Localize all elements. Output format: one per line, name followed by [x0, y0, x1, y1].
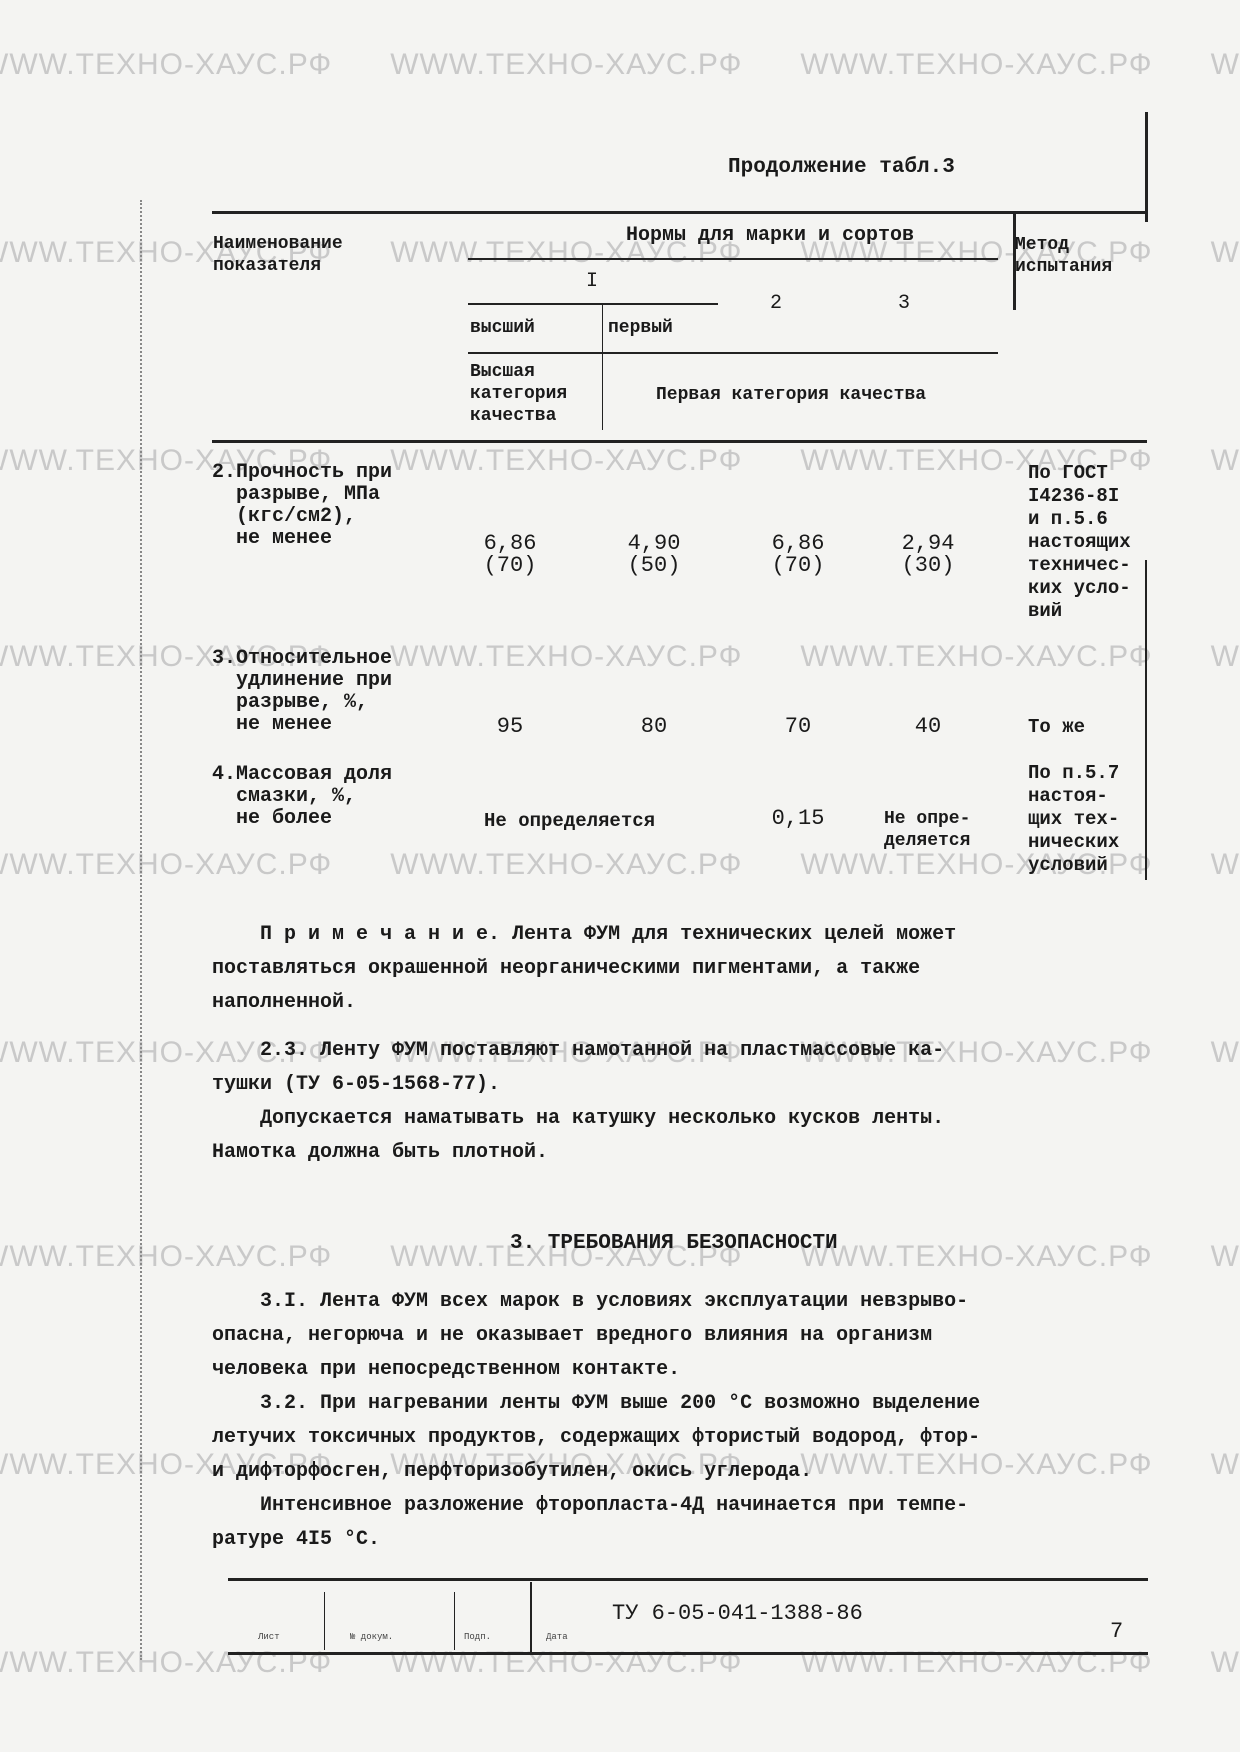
watermark-text: WWW.ТЕХНО-ХАУС.РФ [0, 848, 332, 882]
mark1-underline [468, 303, 718, 305]
page-right-edge-line [1145, 560, 1147, 880]
header-norms: Нормы для марки и сортов [626, 224, 914, 247]
header-category-high: Высшая категория качества [470, 361, 567, 427]
page-right-edge-mark [1145, 112, 1148, 222]
watermark-text: WWW.ТЕХНО-ХАУС.РФ [800, 48, 1152, 82]
watermark-row: WWW.ТЕХНО-ХАУС.РФWWW.ТЕХНО-ХАУС.РФWWW.ТЕ… [0, 48, 1240, 82]
row-2-value-1-high: 6,86 (70) [470, 533, 550, 577]
row-4-method: По п.5.7 настоя- щих тех- нических услов… [1028, 762, 1119, 877]
grade-divider [602, 305, 603, 430]
row-3-value-2: 70 [758, 716, 838, 738]
watermark-text: WWW.ТЕХНО-ХАУС.РФ [390, 848, 742, 882]
clause-2-3-continued: Допускается наматывать на катушку нескол… [212, 1102, 944, 1170]
header-grade-first: первый [608, 317, 673, 340]
watermark-text: WWW.ТЕХНО-ХАУС.РФ [390, 48, 742, 82]
clause-2-3: 2.3. Ленту ФУМ поставляют намотанной на … [212, 1034, 944, 1102]
row-4-value-2: 0,15 [758, 808, 838, 830]
left-binding-margin [140, 200, 144, 1660]
document-code: ТУ 6-05-041-1388-86 [612, 1602, 863, 1625]
watermark-text: WWW.ТЕХНО-ХАУС.РФ [1211, 848, 1240, 882]
clause-3-1: 3.I. Лента ФУМ всех марок в условиях экс… [212, 1285, 968, 1387]
row-2-value-2: 6,86 (70) [758, 533, 838, 577]
watermark-text: WWW.ТЕХНО-ХАУС.РФ [1211, 1448, 1240, 1482]
stamp-label-sheet: Лист [258, 1632, 280, 1642]
watermark-text: WWW.ТЕХНО-ХАУС.РФ [0, 48, 332, 82]
stamp-label-signature: Подп. [464, 1632, 491, 1642]
clause-3-2: 3.2. При нагревании ленты ФУМ выше 200 °… [212, 1387, 980, 1489]
watermark-text: WWW.ТЕХНО-ХАУС.РФ [390, 444, 742, 478]
page-number: 7 [1110, 1620, 1123, 1643]
header-method: Метод испытания [1015, 234, 1112, 278]
watermark-text: WWW.ТЕХНО-ХАУС.РФ [800, 640, 1152, 674]
footer-bottom-border [228, 1652, 1148, 1655]
stamp-divider-2 [454, 1592, 455, 1650]
row-2-value-1-first: 4,90 (50) [614, 533, 694, 577]
note-paragraph: П р и м е ч а н и е. Лента ФУМ для техни… [212, 918, 956, 1020]
table-header-bottom-border [212, 440, 1147, 443]
row-2-method: По ГОСТ I4236-8I и п.5.6 настоящих техни… [1028, 462, 1131, 623]
section-3-title: 3. ТРЕБОВАНИЯ БЕЗОПАСНОСТИ [510, 1232, 838, 1255]
row-4-indicator: 4.Массовая доля смазки, %, не более [212, 764, 392, 830]
watermark-text: WWW.ТЕХНО-ХАУС.РФ [1211, 444, 1240, 478]
header-category-first: Первая категория качества [656, 384, 926, 407]
grade-underline [468, 352, 998, 354]
header-grade-high: высший [470, 317, 535, 340]
stamp-divider-3 [530, 1582, 532, 1652]
norms-header-underline [468, 258, 998, 260]
clause-3-2-continued: Интенсивное разложение фторопласта-4Д на… [212, 1489, 968, 1557]
header-mark-1: I [586, 270, 598, 293]
row-3-value-3: 40 [888, 716, 968, 738]
stamp-label-doc-number: № докум. [350, 1632, 393, 1642]
watermark-text: WWW.ТЕХНО-ХАУС.РФ [800, 1240, 1152, 1274]
table-top-border [212, 211, 1147, 214]
row-3-value-1-first: 80 [614, 716, 694, 738]
watermark-text: WWW.ТЕХНО-ХАУС.РФ [1211, 48, 1240, 82]
row-3-value-1-high: 95 [470, 716, 550, 738]
watermark-text: WWW.ТЕХНО-ХАУС.РФ [1211, 1240, 1240, 1274]
stamp-divider-1 [324, 1592, 325, 1650]
row-2-value-3: 2,94 (30) [888, 533, 968, 577]
watermark-text: WWW.ТЕХНО-ХАУС.РФ [1211, 1646, 1240, 1680]
header-mark-3: 3 [898, 292, 910, 315]
header-mark-2: 2 [770, 292, 782, 315]
table-continuation-label: Продолжение табл.3 [728, 156, 955, 179]
row-4-value-3: Не опре- деляется [884, 808, 970, 852]
row-2-indicator: 2.Прочность при разрыве, МПа (кгс/см2), … [212, 462, 392, 550]
row-3-indicator: 3.Относительное удлинение при разрыве, %… [212, 648, 392, 736]
watermark-text: WWW.ТЕХНО-ХАУС.РФ [1211, 1036, 1240, 1070]
row-4-value-1: Не определяется [484, 810, 655, 833]
watermark-row: WWW.ТЕХНО-ХАУС.РФWWW.ТЕХНО-ХАУС.РФWWW.ТЕ… [0, 640, 1240, 674]
header-indicator: Наименование показателя [213, 233, 343, 277]
stamp-label-date: Дата [546, 1632, 568, 1642]
watermark-text: WWW.ТЕХНО-ХАУС.РФ [1211, 640, 1240, 674]
row-3-method: То же [1028, 716, 1085, 739]
watermark-text: WWW.ТЕХНО-ХАУС.РФ [390, 640, 742, 674]
watermark-text: WWW.ТЕХНО-ХАУС.РФ [0, 1240, 332, 1274]
watermark-text: WWW.ТЕХНО-ХАУС.РФ [1211, 236, 1240, 270]
footer-top-border [228, 1578, 1148, 1581]
